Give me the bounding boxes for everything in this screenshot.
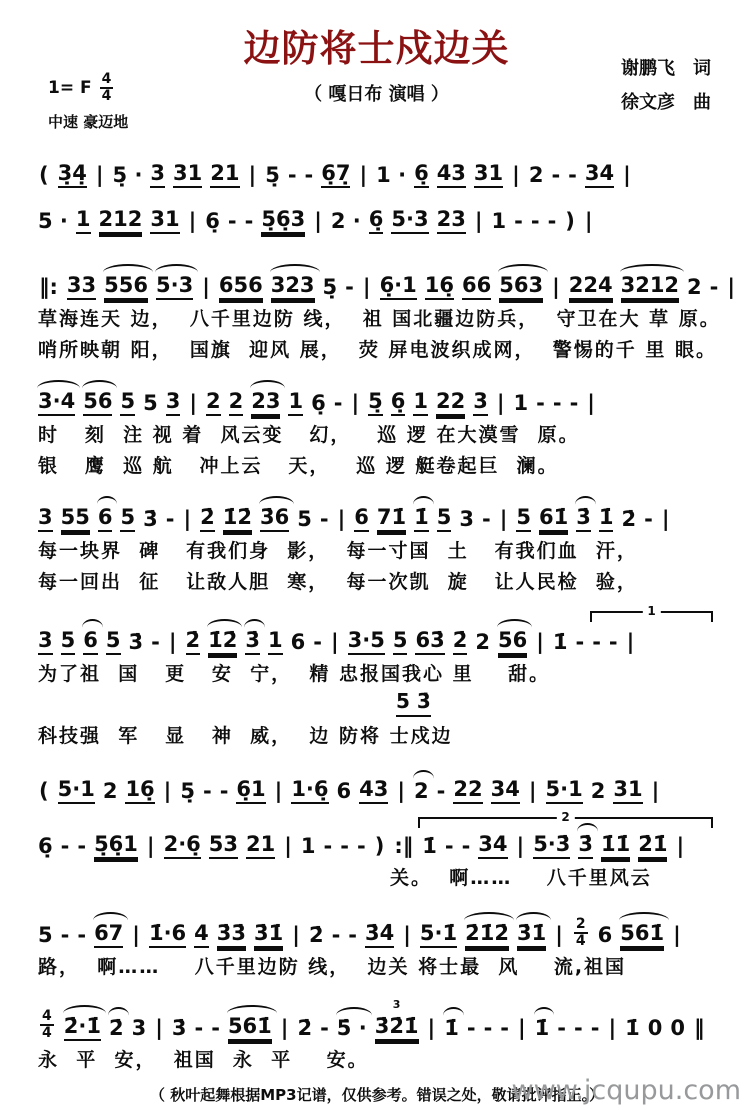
barline: |	[314, 211, 322, 234]
note: -	[151, 632, 160, 655]
note: 31	[613, 779, 642, 804]
note: 3·4	[38, 391, 75, 416]
note: 21	[210, 163, 239, 188]
barline: |	[403, 925, 411, 948]
note: -	[570, 393, 579, 416]
lyric-line: 每一块界 碑 有我们身 影， 每一寸国 土 有我们血 汗，	[38, 536, 715, 563]
barline: ‖:	[39, 277, 58, 300]
barline: |	[428, 1018, 436, 1041]
note: 2	[103, 781, 118, 804]
note: 3̇3̇	[217, 923, 246, 948]
note: -	[340, 836, 349, 859]
note: 6̣7̣	[321, 163, 350, 188]
barline: |	[155, 1018, 163, 1041]
note: 5	[61, 630, 76, 655]
volta-bracket: 1	[590, 611, 713, 622]
composer-credit: 徐文彦 曲	[621, 86, 711, 120]
note: 2̇	[309, 925, 324, 948]
note: 34	[491, 779, 520, 804]
note: 3	[38, 507, 53, 532]
music-line: 355653̇-|2̇1̇2̇3̇65-|671̇1̇53-|561̇3̇1̇2…	[38, 492, 715, 532]
note: 31	[474, 163, 503, 188]
note: 5̣	[265, 165, 280, 188]
note: 1̇	[599, 507, 614, 532]
note: 3̇	[245, 630, 260, 655]
note: 556	[104, 275, 148, 300]
note: 323	[271, 275, 315, 300]
note: 67	[94, 923, 123, 948]
barline: |	[623, 165, 631, 188]
note: 5̣	[368, 391, 383, 416]
score-line-block: 3·456553|222316̣-|5̣6̣1223|1---|时 刻 注 视 …	[38, 376, 715, 478]
barline: |	[249, 165, 257, 188]
note: 2̇1̇2̇	[465, 923, 509, 948]
note: 1̇	[553, 632, 568, 655]
note: 4	[194, 923, 209, 948]
note: -	[551, 165, 560, 188]
tempo-marking: 中速 豪迈地	[48, 111, 128, 132]
note: -	[203, 781, 212, 804]
note: 2	[229, 391, 244, 416]
note: 6̣	[391, 391, 406, 416]
note: 224	[569, 275, 613, 300]
note: -	[467, 1018, 476, 1041]
note: -	[484, 1018, 493, 1041]
note: -	[228, 211, 237, 234]
score-line-block: 5--67|1̇·643̇3̇3̇1̇|2̇--3̇4̇|5·1̇2̇1̇2̇3…	[38, 902, 715, 979]
note: -	[592, 632, 601, 655]
note: 1̇	[625, 1018, 640, 1041]
note: 6̣1	[236, 779, 265, 804]
note: 5·1̇	[420, 923, 457, 948]
note: -	[195, 1018, 204, 1041]
note: -	[345, 277, 354, 300]
barline: |	[169, 632, 177, 655]
note: 3	[473, 391, 488, 416]
note: 6̣	[38, 836, 53, 859]
barline: |	[183, 509, 191, 532]
score-line-block: 26̣--5̣6̣1|2·6̣5321|1---):‖1̇--34|5·3̇3̇…	[38, 814, 715, 890]
note: 5	[437, 507, 452, 532]
note: -	[324, 836, 333, 859]
note: -	[575, 632, 584, 655]
note: 3̇	[129, 632, 144, 655]
note: 5	[297, 509, 312, 532]
music-line: 5 ·121231|6̣--5̣6̣3|2 ·6̣5·323|1---)|	[38, 194, 715, 234]
note: 5·1	[58, 779, 95, 804]
note: -	[334, 393, 343, 416]
barline: )	[375, 836, 385, 859]
note: 3̇	[172, 1018, 187, 1041]
barline: |	[189, 393, 197, 416]
lyric-line: 时 刻 注 视 着 风云变 幻， 巡 逻 在大漠雪 原。	[38, 420, 715, 447]
note: 1̇	[535, 1018, 550, 1041]
barline: :‖	[394, 836, 413, 859]
music-line: ‖:335565·3|6563235̣-|6̣·116̣66563|224321…	[38, 260, 715, 300]
music-line: 442̇·1̇2̇3|3̇--561̇|2̇-5̇ ·3̇2̇1̇|1̇---|…	[38, 991, 715, 1040]
barline: |	[96, 165, 104, 188]
lyric-line: 科技强 军 显 神 威， 边 防将 士戍边	[38, 721, 715, 748]
note: -	[548, 211, 557, 234]
music-line: 5--67|1̇·643̇3̇3̇1̇|2̇--3̇4̇|5·1̇2̇1̇2̇3…	[38, 902, 715, 948]
note: -	[644, 509, 653, 532]
note: -	[77, 836, 86, 859]
music-line: (5·1216̣|5̣--6̣1|1·6̣643|2-2234|5·1231|	[38, 764, 715, 804]
note: 6	[337, 781, 352, 804]
note: 563	[499, 275, 543, 300]
note: -	[348, 925, 357, 948]
score-line-block: 135653̇-|2̇1̇2̇3̇16-|3·5563̇2̇256|1̇---|…	[38, 608, 715, 748]
note: 212	[99, 209, 143, 234]
note: -	[445, 836, 454, 859]
note: 1̇	[414, 507, 429, 532]
barline: |	[587, 393, 595, 416]
barline: |	[331, 632, 339, 655]
score-line-block: (3̣4̣|5̣ ·33121|5̣--6̣7̣|1 ·6̣4331|2--34…	[38, 148, 715, 188]
note: 2̇	[109, 1018, 124, 1041]
note: 2·6̣	[164, 834, 201, 859]
note: 33	[67, 275, 96, 300]
note: 5 3̇	[396, 689, 431, 717]
note: 2̇1̇	[638, 834, 667, 859]
note: 656	[219, 275, 263, 300]
note: 6̣·1	[380, 275, 417, 300]
note: 1	[492, 211, 507, 234]
note: 31	[173, 163, 202, 188]
note: -	[166, 509, 175, 532]
key-and-tempo: 1= F 4 4 中速 豪迈地	[48, 72, 128, 132]
note: -	[482, 509, 491, 532]
note: -	[591, 1018, 600, 1041]
note: -	[710, 277, 719, 300]
sheet-music-page: 边防将士戍边关 （ 嘎日布 演唱 ） 谢鹏飞 词 徐文彦 曲 1= F 4 4 …	[0, 0, 753, 1110]
note: 56	[498, 630, 527, 655]
note: 5·3	[391, 209, 428, 234]
note: 3̇6	[260, 507, 289, 532]
barline: |	[627, 632, 635, 655]
note: 5	[120, 391, 135, 416]
note: 5 ·	[38, 211, 68, 234]
note: 3̇	[576, 507, 591, 532]
note: 3̣4̣	[58, 163, 87, 188]
time-signature: 44	[40, 1009, 54, 1040]
note: 561̇	[620, 923, 664, 948]
note: 6	[98, 507, 113, 532]
barline: (	[39, 781, 49, 804]
note: 3·5	[348, 630, 385, 655]
volta-bracket: 2	[418, 817, 713, 828]
barline: |	[652, 781, 660, 804]
note: 5·1	[546, 779, 583, 804]
note: -	[288, 165, 297, 188]
music-line: 135653̇-|2̇1̇2̇3̇16-|3·5563̇2̇256|1̇---|	[38, 608, 715, 655]
barline: ‖	[694, 1018, 705, 1041]
barline: |	[555, 925, 563, 948]
note: -	[211, 1018, 220, 1041]
barline: (	[39, 165, 49, 188]
note: 22	[453, 779, 482, 804]
site-watermark: www.jcqupu.com	[512, 1075, 741, 1106]
time-signature: 24	[574, 917, 588, 948]
music-line: 3·456553|222316̣-|5̣6̣1223|1---|	[38, 376, 715, 416]
barline: |	[281, 1018, 289, 1041]
note: -	[462, 836, 471, 859]
note: 2̇	[186, 630, 201, 655]
lyric-line: 银 鹰 巡 航 冲上云 天， 巡 逻 艇卷起巨 澜。	[38, 451, 715, 478]
note: 53	[209, 834, 238, 859]
note: -	[77, 925, 86, 948]
note: 3̇4̇	[365, 923, 394, 948]
note: 3̇1̇	[517, 923, 546, 948]
note: 5̣6̣1	[94, 834, 138, 859]
note: 3̇	[143, 509, 158, 532]
lyricist-credit: 谢鹏飞 词	[621, 52, 711, 86]
lyric-line: 关。 啊…… 八千里风云	[38, 863, 715, 890]
note: 5·3	[156, 275, 193, 300]
note: -	[313, 632, 322, 655]
note: -	[574, 1018, 583, 1041]
note: 34	[585, 163, 614, 188]
note: 1̇2̇	[223, 507, 252, 532]
note: 31	[150, 209, 179, 234]
note: 2	[206, 391, 221, 416]
note: 3̇	[578, 834, 593, 859]
barline: |	[397, 781, 405, 804]
barline: |	[517, 836, 525, 859]
note: 5	[120, 507, 135, 532]
score-body: (3̣4̣|5̣ ·33121|5̣--6̣7̣|1 ·6̣4331|2--34…	[0, 148, 753, 1072]
barline: |	[518, 1018, 526, 1041]
note: 5̣6̣3	[261, 209, 305, 234]
barline: |	[552, 277, 560, 300]
note: 5	[516, 507, 531, 532]
barline: |	[475, 211, 483, 234]
barline: |	[497, 393, 505, 416]
barline: |	[512, 165, 520, 188]
lyric-line: 每一回出 征 让敌人胆 寒， 每一次凯 旋 让人民检 验，	[38, 567, 715, 594]
note: 2	[414, 781, 429, 804]
credits: 谢鹏飞 词 徐文彦 曲	[621, 52, 711, 120]
barline: |	[359, 165, 367, 188]
score-line-block: 355653̇-|2̇1̇2̇3̇65-|671̇1̇53-|561̇3̇1̇2…	[38, 492, 715, 594]
barline: |	[292, 925, 300, 948]
note: -	[568, 165, 577, 188]
note: 1	[288, 391, 303, 416]
note: 3	[459, 509, 474, 532]
note: 2̇	[453, 630, 468, 655]
note: 61̇	[539, 507, 568, 532]
barline: |	[727, 277, 735, 300]
barline: |	[608, 1018, 616, 1041]
note: 2 ·	[331, 211, 361, 234]
barline: |	[132, 925, 140, 948]
note: 22	[436, 391, 465, 416]
note: 3̇1̇	[254, 923, 283, 948]
score-line-block: (5·1216̣|5̣--6̣1|1·6̣643|2-2234|5·1231|	[38, 764, 715, 804]
note: 6̣	[311, 393, 326, 416]
note: 3	[132, 1018, 147, 1041]
note: 5	[393, 630, 408, 655]
note: 561̇	[228, 1016, 272, 1041]
note: 56	[83, 391, 112, 416]
barline: |	[338, 509, 346, 532]
note: 2	[687, 277, 702, 300]
note: -	[245, 211, 254, 234]
time-signature: 4 4	[100, 72, 114, 103]
note: -	[61, 836, 70, 859]
barline: |	[585, 211, 593, 234]
note: 2̇	[200, 507, 215, 532]
barline: |	[189, 211, 197, 234]
music-line: (3̣4̣|5̣ ·33121|5̣--6̣7̣|1 ·6̣4331|2--34…	[38, 148, 715, 188]
score-header: 边防将士戍边关 （ 嘎日布 演唱 ） 谢鹏飞 词 徐文彦 曲 1= F 4 4 …	[0, 0, 753, 148]
note: 3	[38, 630, 53, 655]
barline: |	[673, 925, 681, 948]
barline: |	[284, 836, 292, 859]
note: 1	[413, 391, 428, 416]
note: 21	[246, 834, 275, 859]
note: -	[332, 925, 341, 948]
note: 55	[61, 507, 90, 532]
note: 5	[143, 393, 158, 416]
note: 5̣ ·	[113, 165, 143, 188]
note: 5	[38, 925, 53, 948]
note: 6̣	[414, 163, 429, 188]
note: 2	[529, 165, 544, 188]
lyric-line: 路， 啊…… 八千里边防 线， 边关 将士最 风 流,祖国	[38, 952, 715, 979]
note: 16̣	[425, 275, 454, 300]
note: 2̇	[297, 1018, 312, 1041]
note: 6̣	[205, 211, 220, 234]
note: 1̇·6	[149, 923, 186, 948]
note: 1	[268, 630, 283, 655]
note: 0	[648, 1018, 663, 1041]
note: 1̇2̇	[208, 630, 237, 655]
note: -	[553, 393, 562, 416]
note: -	[357, 836, 366, 859]
note: 1	[514, 393, 529, 416]
note: 0	[670, 1018, 685, 1041]
lyric-line: 永 平 安， 祖国 永 平 安。	[38, 1045, 715, 1072]
note: -	[557, 1018, 566, 1041]
note: 2	[475, 632, 490, 655]
note: 1·6̣	[291, 779, 328, 804]
barline: |	[164, 781, 172, 804]
barline: |	[351, 393, 359, 416]
note: 2̇·1̇	[64, 1016, 101, 1041]
volta-number: 2	[556, 811, 574, 823]
note: 2	[591, 781, 606, 804]
note: 2̇	[621, 509, 636, 532]
note: -	[500, 1018, 509, 1041]
note: 1̇	[444, 1018, 459, 1041]
note: 1̇	[422, 836, 437, 859]
volta-number: 1	[642, 605, 660, 617]
note: 5̇ ·	[337, 1018, 367, 1041]
note: -	[536, 393, 545, 416]
barline: |	[662, 509, 670, 532]
note: 6	[354, 507, 369, 532]
note: -	[609, 632, 618, 655]
note: -	[320, 1018, 329, 1041]
barline: |	[536, 632, 544, 655]
score-line-block: 5 ·121231|6̣--5̣6̣3|2 ·6̣5·323|1---)|	[38, 194, 715, 234]
note: -	[61, 925, 70, 948]
note: 23	[437, 209, 466, 234]
note: 6	[291, 632, 306, 655]
alternate-notes: 5 3̇	[38, 689, 715, 717]
note: 71̇	[377, 507, 406, 532]
note: 6	[83, 630, 98, 655]
note: 23	[251, 391, 280, 416]
score-line-block: 442̇·1̇2̇3|3̇--561̇|2̇-5̇ ·3̇2̇1̇|1̇---|…	[38, 991, 715, 1071]
note: 5·3̇	[533, 834, 570, 859]
note: -	[514, 211, 523, 234]
note: -	[320, 509, 329, 532]
note: 5̣	[180, 781, 195, 804]
note: 3	[166, 391, 181, 416]
score-line-block: ‖:335565·3|6563235̣-|6̣·116̣66563|224321…	[38, 260, 715, 362]
note: -	[531, 211, 540, 234]
key-signature: 1= F	[48, 78, 92, 98]
note: 5̣	[323, 277, 338, 300]
barline: |	[500, 509, 508, 532]
note: 5	[106, 630, 121, 655]
note: 1̇1̇	[601, 834, 630, 859]
note: -	[305, 165, 314, 188]
note: -	[437, 781, 446, 804]
note: 66	[462, 275, 491, 300]
note: 1	[76, 209, 91, 234]
lyric-line: 为了祖 国 更 安 宁， 精 忠报国我心 里 甜。	[38, 659, 715, 686]
barline: |	[202, 277, 210, 300]
barline: |	[275, 781, 283, 804]
note: 6̣	[369, 209, 384, 234]
note: 1	[301, 836, 316, 859]
note: 34	[478, 834, 507, 859]
note: 63̇	[415, 630, 444, 655]
barline: )	[565, 211, 575, 234]
barline: |	[676, 836, 684, 859]
note: 43	[437, 163, 466, 188]
barline: |	[363, 277, 371, 300]
barline: |	[147, 836, 155, 859]
note: 1 ·	[376, 165, 406, 188]
lyric-line: 哨所映朝 阳， 国旗 迎风 展， 荧 屏电波织成网， 警惕的千 里 眼。	[38, 335, 715, 362]
barline: |	[529, 781, 537, 804]
note: 16̣	[125, 779, 154, 804]
note: 3212	[621, 275, 679, 300]
note: -	[220, 781, 229, 804]
note: 6	[598, 925, 613, 948]
note: 3̇2̇1̇	[375, 1016, 419, 1041]
music-line: 26̣--5̣6̣1|2·6̣5321|1---):‖1̇--34|5·3̇3̇…	[38, 814, 715, 859]
note: 3	[150, 163, 165, 188]
note: 43	[359, 779, 388, 804]
lyric-line: 草海连天 边， 八千里边防 线， 祖 国北疆边防兵， 守卫在大 草 原。	[38, 304, 715, 331]
